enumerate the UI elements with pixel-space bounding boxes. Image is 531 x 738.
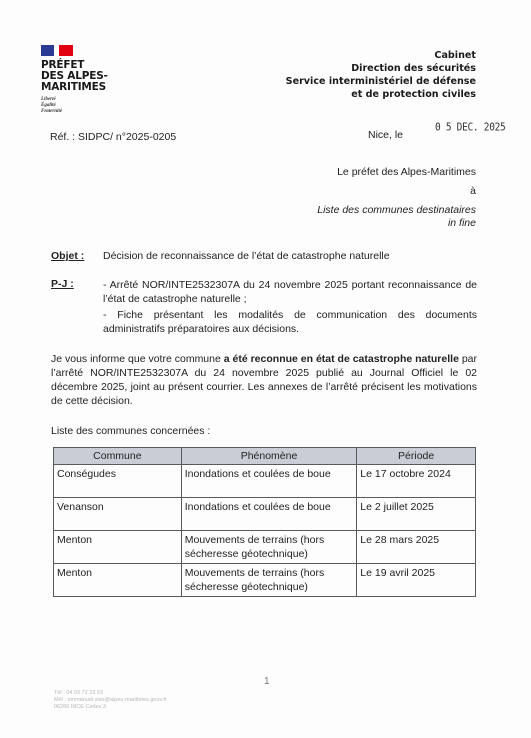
communes-list-title: Liste des communes concernées : — [51, 425, 210, 437]
cell-phenomene: Inondations et coulées de boue — [181, 498, 357, 531]
attachment-item: - Arrêté NOR/INTE2532307A du 24 novembre… — [103, 278, 477, 306]
service-header: Cabinet Direction des sécurités Service … — [286, 49, 476, 101]
cell-periode: Le 19 avril 2025 — [357, 564, 476, 597]
header-periode: Période — [357, 448, 476, 465]
cell-commune: Conségudes — [54, 465, 182, 498]
recipients: Liste des communes destinataires in fine — [317, 204, 476, 230]
body-paragraph: Je vous informe que votre commune a été … — [51, 352, 477, 408]
objet-label: Objet : — [51, 250, 84, 262]
table-row: Menton Mouvements de terrains (hors séch… — [54, 564, 476, 597]
to-label: à — [317, 185, 476, 198]
contact-footer: Tél : 04 93 72 23 93 Mél : emmanuel.vise… — [54, 690, 167, 711]
cell-periode: Le 28 mars 2025 — [357, 531, 476, 564]
marianne-flag-icon — [41, 45, 73, 56]
date-stamp: 0 5 DEC. 2025 — [435, 121, 505, 134]
cell-phenomene: Inondations et coulées de boue — [181, 465, 357, 498]
footer-phone: Tél : 04 93 72 23 93 — [54, 690, 167, 697]
cell-commune: Venanson — [54, 498, 182, 531]
letter-page: PRÉFET DES ALPES- MARITIMES Liberté Égal… — [0, 0, 531, 738]
prefecture-logo: PRÉFET DES ALPES- MARITIMES Liberté Égal… — [41, 45, 108, 115]
cell-commune: Menton — [54, 531, 182, 564]
table-row: Venanson Inondations et coulées de boue … — [54, 498, 476, 531]
republic-motto: Liberté Égalité Fraternité — [41, 97, 108, 115]
page-number: 1 — [264, 676, 270, 687]
table-row: Conségudes Inondations et coulées de bou… — [54, 465, 476, 498]
header-commune: Commune — [54, 448, 182, 465]
addressee-block: Le préfet des Alpes-Maritimes à Liste de… — [317, 166, 476, 230]
cell-periode: Le 17 octobre 2024 — [357, 465, 476, 498]
communes-table: Commune Phénomène Période Conségudes Ino… — [53, 447, 476, 597]
header-phenomene: Phénomène — [181, 448, 357, 465]
pj-label: P-J : — [51, 278, 74, 290]
cell-phenomene: Mouvements de terrains (hors sécheresse … — [181, 531, 357, 564]
reference-number: Réf. : SIDPC/ n°2025-0205 — [50, 131, 176, 143]
cell-periode: Le 2 juillet 2025 — [357, 498, 476, 531]
cell-phenomene: Mouvements de terrains (hors sécheresse … — [181, 564, 357, 597]
cell-commune: Menton — [54, 564, 182, 597]
objet-text: Décision de reconnaissance de l’état de … — [103, 250, 390, 262]
table-header-row: Commune Phénomène Période — [54, 448, 476, 465]
footer-email: Mél : emmanuel.vise@alpes-maritimes.gouv… — [54, 697, 167, 704]
attachment-item: - Fiche présentant les modalités de comm… — [103, 308, 477, 336]
recognition-statement: a été reconnue en état de catastrophe na… — [224, 353, 459, 365]
sender: Le préfet des Alpes-Maritimes — [317, 166, 476, 179]
footer-address: 06286 NICE Cedex 3 — [54, 704, 167, 711]
place-label: Nice, le — [368, 129, 403, 141]
logo-title: PRÉFET DES ALPES- MARITIMES — [41, 60, 108, 93]
table-row: Menton Mouvements de terrains (hors séch… — [54, 531, 476, 564]
